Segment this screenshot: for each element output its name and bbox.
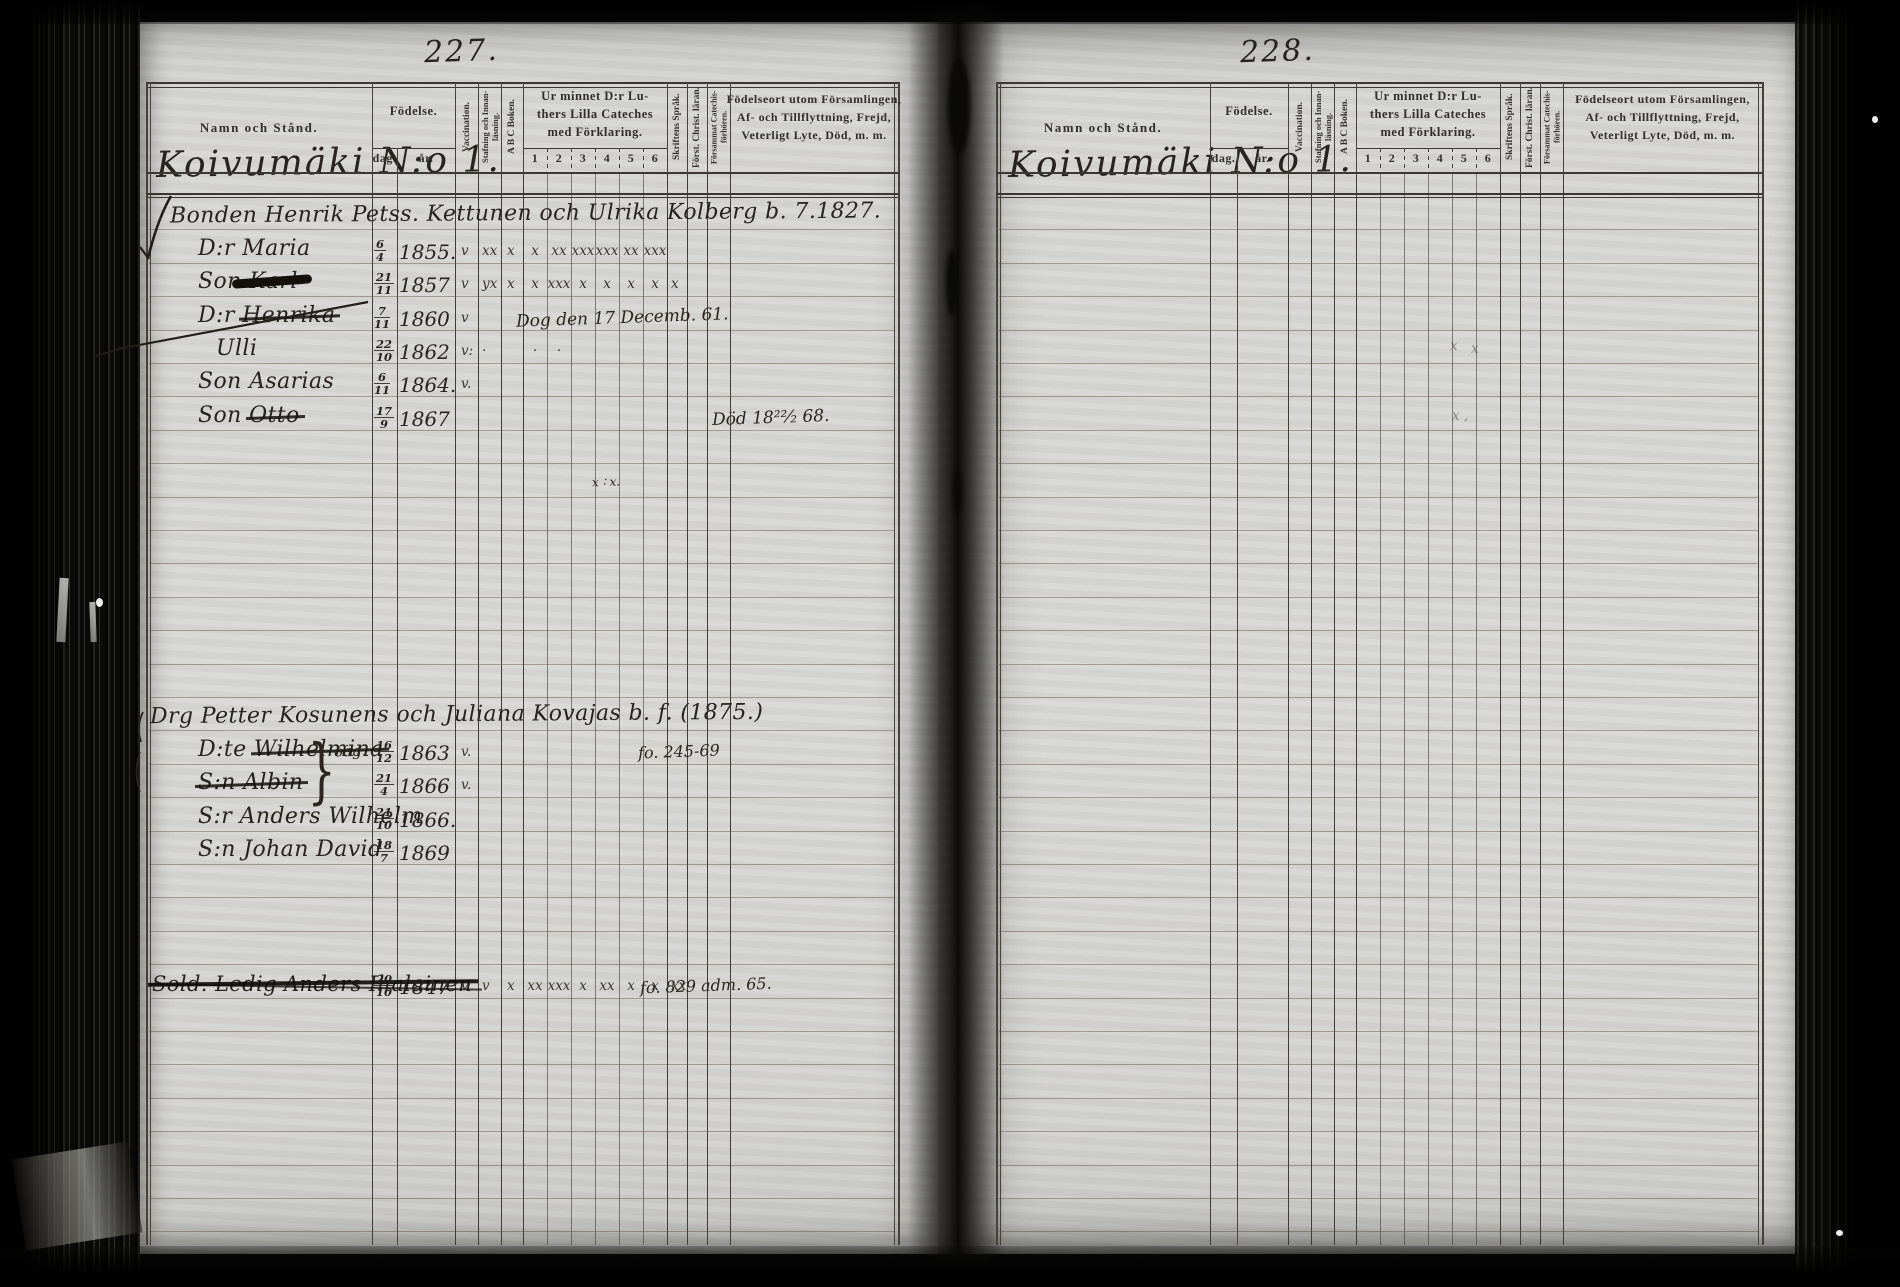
- ruled-line-right: [999, 764, 1759, 765]
- ruled-line-left: [149, 1198, 895, 1199]
- ruled-line-left: [149, 263, 895, 264]
- entry-henrika-birth-year: 1860: [399, 307, 450, 331]
- entry-maria-vaccination-mark: v: [461, 243, 469, 259]
- ruled-line-left: [149, 831, 895, 832]
- ruled-line-left: [149, 229, 895, 230]
- entry-anders-birth-day: 2110: [374, 807, 394, 830]
- dust-speck: [96, 598, 103, 607]
- ruled-line-left: [149, 563, 895, 564]
- entry-g2-head: Drg Petter Kosunens och Juliana Kovajas …: [150, 700, 763, 729]
- entry-otto-name: Son Otto: [198, 403, 300, 428]
- ruled-line-right: [999, 831, 1759, 832]
- entry-johan-birth-day: 187: [374, 840, 394, 863]
- ruled-line-left: [149, 1165, 895, 1166]
- table-right-border-left: [898, 82, 900, 1245]
- right-page-faint-mark: x: [1471, 341, 1479, 357]
- ruled-line-right: [999, 363, 1759, 364]
- right-page-faint-mark: x: [1450, 338, 1458, 354]
- ruled-line-right: [999, 1198, 1759, 1199]
- catechism-subcol-line-right: [1428, 172, 1429, 1245]
- entry-soldier-birth-day: 2010: [374, 974, 394, 997]
- book-left-edge: [0, 0, 140, 1287]
- entry-maria-name: D:r Maria: [198, 236, 310, 261]
- birth-subdivider-right: [1210, 148, 1288, 149]
- entry-otto-birth-day: 179: [374, 406, 394, 429]
- ruled-line-left: [149, 597, 895, 598]
- entry-karl-birth-year: 1857: [399, 273, 450, 297]
- page-stack-corner: [12, 1141, 143, 1250]
- ruled-line-left: [149, 998, 895, 999]
- entry-asarias-given-name: Asarias: [249, 369, 334, 394]
- ruled-line-left: [149, 630, 895, 631]
- entry-soldier-catechism-mark: x: [627, 978, 635, 994]
- ruled-line-left: [149, 1231, 895, 1232]
- ruled-line-right: [999, 998, 1759, 999]
- entry-henrika-name: D:r Henrika: [198, 303, 335, 328]
- ruled-line-left: [149, 730, 895, 731]
- catechism-subcol-line-right: [1452, 172, 1453, 1245]
- ruled-line-left: [149, 864, 895, 865]
- table-top-border-left: [146, 82, 898, 84]
- header-bottom-line-right: [996, 172, 1762, 174]
- note-scribble: x ∶ x.: [592, 474, 621, 489]
- body-col-line-right: [1356, 172, 1357, 1245]
- entry-ulli-birth-day: 2210: [374, 339, 394, 362]
- title-rule-inner-left: [146, 197, 898, 198]
- entry-asarias-birth-day: 611: [374, 372, 390, 395]
- entry-maria-catechism-mark: x: [531, 243, 539, 259]
- ruled-line-right: [999, 964, 1759, 965]
- entry-johan-name: S:n Johan David: [198, 837, 382, 862]
- book-right-edge: [1795, 0, 1900, 1287]
- entry-ulli-catechism-mark: ·: [557, 343, 561, 359]
- ruled-line-right: [999, 563, 1759, 564]
- catechism-number-6-right: 6: [1188, 151, 1788, 166]
- ruled-line-left: [149, 1131, 895, 1132]
- entry-otto: Son Otto: [198, 403, 300, 428]
- entry-maria-catechism-mark: xxx: [644, 243, 667, 259]
- col-header-birthplace-right: Veterligt Lyte, Död, m. m.: [1363, 128, 1900, 143]
- entry-karl-catechism-mark: x: [603, 276, 611, 292]
- ruled-line-left: [149, 797, 895, 798]
- catechism-subcol-line-right: [1380, 172, 1381, 1245]
- entry-maria-given-name: Maria: [242, 236, 310, 261]
- entry-maria: D:r Maria: [198, 236, 310, 261]
- entry-maria-catechism-mark: xx: [551, 243, 566, 259]
- entry-wilhelmina-birth-day: 1612: [374, 740, 394, 763]
- entry-soldier-catechism-mark: xx: [599, 978, 614, 994]
- catechism-number-6-left: 6: [355, 151, 955, 166]
- ruled-line-left: [149, 1031, 895, 1032]
- entry-karl-catechism-mark: x: [531, 276, 539, 292]
- entry-maria-catechism-mark: xxx: [572, 243, 595, 259]
- page-number-right: 228.: [1239, 33, 1315, 71]
- entry-asarias-vaccination-mark: v.: [461, 376, 471, 392]
- ruled-line-right: [999, 396, 1759, 397]
- entry-soldier-catechism-mark: x: [579, 978, 587, 994]
- entry-soldier-abc-mark: x: [507, 978, 515, 994]
- entry-anders-birth-year: 1866.: [399, 808, 456, 832]
- day-year-line-right: [1237, 172, 1238, 1245]
- ruled-line-right: [999, 497, 1759, 498]
- entry-soldier-vaccination-mark: v: [461, 978, 469, 994]
- body-col-line-right: [1520, 172, 1521, 1245]
- entry-maria-birth-year: 1855.: [399, 240, 456, 264]
- title-rule-left: [146, 193, 898, 195]
- entry-asarias-name: Son Asarias: [198, 369, 334, 394]
- entry-albin-name: S:n Albin: [198, 770, 303, 795]
- ruled-line-right: [999, 1231, 1759, 1232]
- top-shadow: [0, 0, 1900, 24]
- col-header-birthplace-right: Af- och Tillflyttning, Frejd,: [1363, 110, 1900, 125]
- gutter-blot: [946, 250, 958, 316]
- ruled-line-right: [999, 1031, 1759, 1032]
- ruled-line-right: [999, 864, 1759, 865]
- entry-albin-vaccination-mark: v.: [461, 777, 471, 793]
- page-number-left: 227.: [423, 33, 499, 71]
- body-col-line-right: [1210, 172, 1211, 1245]
- birth-subdivider-left: [372, 148, 455, 149]
- catechism-subcol-line-right: [1476, 172, 1477, 1245]
- entry-maria-catechism-mark: xxx: [596, 243, 619, 259]
- entry-soldier-spelling-mark: v: [482, 978, 490, 994]
- table-left-border-left: [146, 82, 148, 1245]
- table-left-border-right: [996, 82, 998, 1245]
- page-right-paper: [938, 22, 1812, 1254]
- title-rule-right: [996, 193, 1762, 195]
- ruled-line-left: [149, 664, 895, 665]
- body-col-line-right: [1563, 172, 1564, 1245]
- ruled-line-right: [999, 597, 1759, 598]
- ruled-line-right: [999, 1064, 1759, 1065]
- entry-otto-birth-year: 1867: [399, 407, 450, 431]
- entry-karl-catechism-mark: x: [579, 276, 587, 292]
- ruled-line-left: [149, 497, 895, 498]
- note-brace-label: oäg.: [334, 741, 367, 760]
- entry-ulli-name: Ulli: [216, 336, 257, 361]
- entry-otto-given-name: Otto: [249, 403, 300, 428]
- entry-soldier-birth-year: 1847: [399, 975, 450, 999]
- col-header-birthplace-right: Födelseort utom Församlingen,: [1363, 92, 1900, 107]
- entry-karl-trailing-mark: x: [671, 276, 679, 292]
- ruled-line-left: [149, 964, 895, 965]
- entry-ulli: Ulli: [216, 336, 257, 361]
- entry-maria-abc-mark: x: [507, 243, 515, 259]
- entry-ulli-spelling-mark: ·: [482, 343, 486, 359]
- entry-karl-birth-day: 2111: [374, 272, 394, 295]
- book-scan: 227. 228. Koivumäki N:o 1. Koivumäki N:o…: [0, 0, 1900, 1287]
- ruled-line-right: [999, 1131, 1759, 1132]
- entry-wilhelmina-birth-year: 1863: [399, 741, 450, 765]
- ruled-line-left: [149, 530, 895, 531]
- ruled-line-left: [149, 463, 895, 464]
- note-wilhelmina-ref: fo. 245-69: [638, 740, 720, 762]
- header-bottom-line-left: [146, 172, 898, 174]
- sibling-brace: }: [308, 730, 336, 813]
- entry-asarias-birth-year: 1864.: [399, 373, 456, 397]
- entry-karl-abc-mark: x: [507, 276, 515, 292]
- ruled-line-left: [149, 430, 895, 431]
- ruled-line-left: [149, 764, 895, 765]
- ruled-line-left: [149, 897, 895, 898]
- body-col-line-right: [1500, 172, 1501, 1245]
- ruled-line-left: [149, 1098, 895, 1099]
- entry-asarias: Son Asarias: [198, 369, 334, 394]
- dust-speck: [1836, 1230, 1843, 1236]
- ruled-line-right: [999, 296, 1759, 297]
- entry-maria-spelling-mark: xx: [482, 243, 497, 259]
- entry-maria-catechism-mark: xx: [623, 243, 638, 259]
- entry-albin-birth-day: 214: [374, 773, 394, 796]
- table-right-border-right: [1762, 82, 1764, 1245]
- ruled-line-left: [149, 363, 895, 364]
- ruled-line-left: [149, 697, 895, 698]
- entry-karl-catechism-mark: x: [627, 276, 635, 292]
- entry-soldier-catechism-mark: xxx: [548, 978, 571, 994]
- ruled-line-left: [149, 1064, 895, 1065]
- ruled-line-right: [999, 1098, 1759, 1099]
- gutter-blot: [953, 470, 962, 514]
- ruled-line-right: [999, 897, 1759, 898]
- ruled-line-right: [999, 1165, 1759, 1166]
- entry-maria-birth-day: 64: [374, 239, 386, 262]
- ruled-line-right: [999, 797, 1759, 798]
- ruled-line-right: [999, 931, 1759, 932]
- body-col-line-right: [1288, 172, 1289, 1245]
- entry-karl-catechism-mark: xxx: [548, 276, 571, 292]
- gutter-shadow: [908, 0, 1004, 1287]
- entry-albin: S:n Albin: [198, 770, 303, 795]
- ruled-line-right: [999, 530, 1759, 531]
- entry-ulli-vaccination-mark: v:: [461, 343, 473, 359]
- ruled-line-right: [999, 664, 1759, 665]
- table-top-border-right: [996, 82, 1762, 84]
- body-col-line-right: [1334, 172, 1335, 1245]
- ruled-line-right: [999, 697, 1759, 698]
- entry-henrika-birth-day: 711: [374, 306, 390, 329]
- body-col-line-right: [1311, 172, 1312, 1245]
- ruled-line-right: [999, 330, 1759, 331]
- entry-soldier-catechism-mark: xx: [527, 978, 542, 994]
- table-top-border-inner-right: [996, 87, 1762, 88]
- entry-ulli-given-name: Ulli: [216, 336, 257, 361]
- ruled-line-left: [149, 931, 895, 932]
- ruled-line-right: [999, 430, 1759, 431]
- table-top-border-inner-left: [146, 87, 898, 88]
- entry-johan: S:n Johan David: [198, 837, 382, 862]
- bottom-shadow: [0, 1246, 1900, 1287]
- entry-karl-catechism-mark: x: [651, 276, 659, 292]
- ruled-line-left: [149, 396, 895, 397]
- entry-johan-given-name: Johan David: [243, 837, 382, 862]
- note-otto-death: Död 18²²⁄₂ 68.: [712, 406, 830, 430]
- ruled-line-right: [999, 463, 1759, 464]
- body-col-line-right: [1540, 172, 1541, 1245]
- right-page-faint-mark: x ,: [1452, 408, 1468, 424]
- catechism-subcol-line-right: [1404, 172, 1405, 1245]
- entry-karl-spelling-mark: yx: [482, 276, 497, 292]
- ruled-line-right: [999, 229, 1759, 230]
- note-soldier-ref: fo. 829 adm. 65.: [640, 973, 772, 997]
- ruled-line-right: [999, 630, 1759, 631]
- ruled-line-left: [149, 296, 895, 297]
- entry-henrika: D:r Henrika: [198, 303, 335, 328]
- ruled-line-right: [999, 730, 1759, 731]
- entry-ulli-birth-year: 1862: [399, 340, 450, 364]
- ruled-line-right: [999, 263, 1759, 264]
- title-rule-inner-right: [996, 197, 1762, 198]
- entry-karl-vaccination-mark: v: [461, 276, 469, 292]
- entry-albin-birth-year: 1866: [399, 774, 450, 798]
- entry-henrika-vaccination-mark: v: [461, 310, 469, 326]
- entry-henrika-given-name: Henrika: [242, 303, 335, 328]
- entry-wilhelmina-vaccination-mark: v.: [461, 744, 471, 760]
- entry-johan-birth-year: 1869: [399, 841, 450, 865]
- entry-ulli-catechism-mark: ·: [533, 343, 537, 359]
